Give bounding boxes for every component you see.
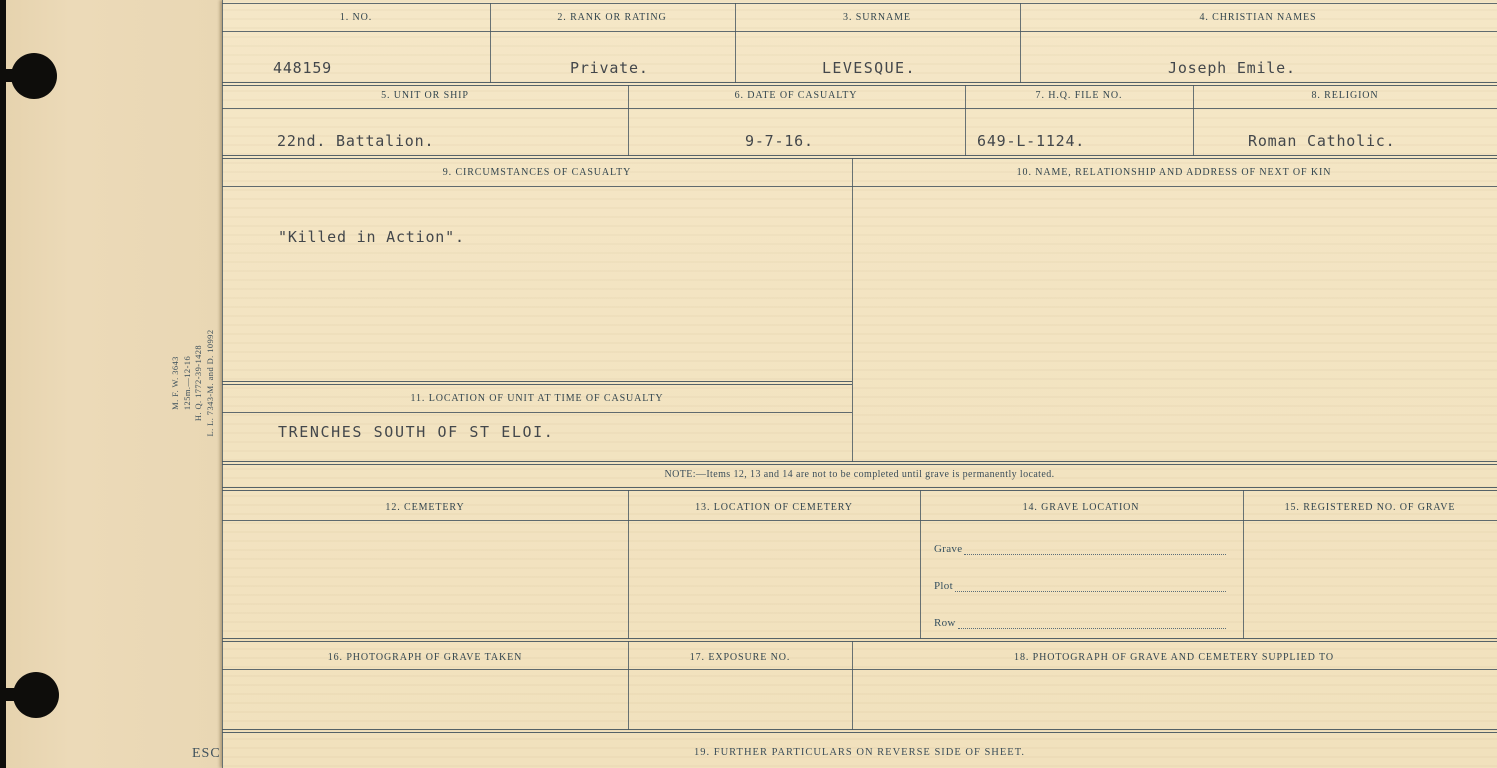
rule [490, 3, 491, 83]
rule [852, 641, 853, 730]
field-christian-names-value: Joseph Emile. [1168, 59, 1296, 77]
punch-hole-top-stub [0, 69, 28, 82]
scanned-casualty-form: M. F. W. 3643 125m.—12-16 H. Q. 1772-39-… [0, 0, 1497, 768]
stamp-line: L. L. 7343-M. and D. 10992 [205, 324, 217, 442]
rule [735, 3, 736, 83]
stamp-line: M. F. W. 3643 [170, 324, 182, 442]
rule [222, 0, 223, 768]
field-circumstances-value: "Killed in Action". [278, 228, 465, 246]
field-grave-location-label: 14. GRAVE LOCATION [1023, 502, 1140, 513]
rule [222, 729, 1497, 733]
rule [628, 641, 629, 730]
field-no-value: 448159 [273, 59, 332, 77]
field-rank-label: 2. RANK OR RATING [557, 12, 666, 23]
rule [920, 490, 921, 639]
field-unit-value: 22nd. Battalion. [277, 132, 434, 150]
rule [222, 155, 1497, 159]
field-hq-file-no-value: 649-L-1124. [977, 132, 1085, 150]
row-dotted-line [958, 617, 1226, 629]
rule [222, 461, 1497, 465]
rule [222, 381, 852, 385]
field-photo-supplied-label: 18. PHOTOGRAPH OF GRAVE AND CEMETERY SUP… [1014, 652, 1334, 663]
field-surname-label: 3. SURNAME [843, 12, 911, 23]
field-hq-file-no-label: 7. H.Q. FILE NO. [1036, 90, 1123, 101]
casualty-record-sheet: 1. NO. 2. RANK OR RATING 3. SURNAME 4. C… [222, 0, 1497, 768]
rule [222, 487, 1497, 491]
grave-dotted-line [964, 543, 1226, 555]
plot-dotted-line [955, 580, 1226, 592]
rule [1193, 85, 1194, 156]
rule [222, 186, 1497, 187]
field-location-of-cemetery-label: 13. LOCATION OF CEMETERY [695, 502, 853, 513]
rule [222, 520, 1497, 521]
field-date-of-casualty-label: 6. DATE OF CASUALTY [735, 90, 858, 101]
field-unit-label: 5. UNIT OR SHIP [381, 90, 469, 101]
rule [965, 85, 966, 156]
field-date-of-casualty-value: 9-7-16. [745, 132, 814, 150]
rule [628, 85, 629, 156]
field-cemetery-label: 12. CEMETERY [385, 502, 464, 513]
rule [222, 3, 1497, 4]
rule [1243, 490, 1244, 639]
grave-caption: Grave [934, 543, 964, 555]
rule [222, 108, 1497, 109]
field-location-of-unit-value: TRENCHES SOUTH OF ST ELOI. [278, 423, 554, 441]
field-location-of-unit-label: 11. LOCATION OF UNIT AT TIME OF CASUALTY [410, 393, 663, 404]
esc-stamp: ESC [192, 746, 221, 762]
rule [1020, 3, 1021, 83]
punch-hole-bottom-stub [0, 688, 30, 701]
field-circumstances-label: 9. CIRCUMSTANCES OF CASUALTY [443, 167, 632, 178]
rule [222, 31, 1497, 32]
stamp-line: 125m.—12-16 [182, 324, 194, 442]
rule [222, 638, 1497, 642]
rule [628, 490, 629, 639]
rule [852, 158, 853, 462]
field-next-of-kin-label: 10. NAME, RELATIONSHIP AND ADDRESS OF NE… [1017, 167, 1332, 178]
field-photo-taken-label: 16. PHOTOGRAPH OF GRAVE TAKEN [328, 652, 523, 663]
field-christian-names-label: 4. CHRISTIAN NAMES [1199, 12, 1316, 23]
rule [222, 669, 1497, 670]
field-no-label: 1. NO. [340, 12, 372, 23]
field-rank-value: Private. [570, 59, 649, 77]
field-exposure-no-label: 17. EXPOSURE NO. [690, 652, 791, 663]
plot-subfield: Plot [934, 580, 1226, 592]
stamp-line: H. Q. 1772-39-1428 [193, 324, 205, 442]
field-surname-value: LEVESQUE. [822, 59, 916, 77]
row-subfield: Row [934, 617, 1226, 629]
page-margin-strip: M. F. W. 3643 125m.—12-16 H. Q. 1772-39-… [6, 0, 222, 768]
row-caption: Row [934, 617, 958, 629]
rule [222, 82, 1497, 86]
rule [222, 412, 852, 413]
plot-caption: Plot [934, 580, 955, 592]
form-reference-stamp: M. F. W. 3643 125m.—12-16 H. Q. 1772-39-… [170, 324, 222, 442]
note-line: NOTE:—Items 12, 13 and 14 are not to be … [222, 469, 1497, 480]
field-religion-value: Roman Catholic. [1248, 132, 1395, 150]
grave-subfield: Grave [934, 543, 1226, 555]
field-further-particulars-label: 19. FURTHER PARTICULARS ON REVERSE SIDE … [222, 747, 1497, 758]
field-registered-no-label: 15. REGISTERED NO. OF GRAVE [1285, 502, 1456, 513]
field-religion-label: 8. RELIGION [1311, 90, 1378, 101]
